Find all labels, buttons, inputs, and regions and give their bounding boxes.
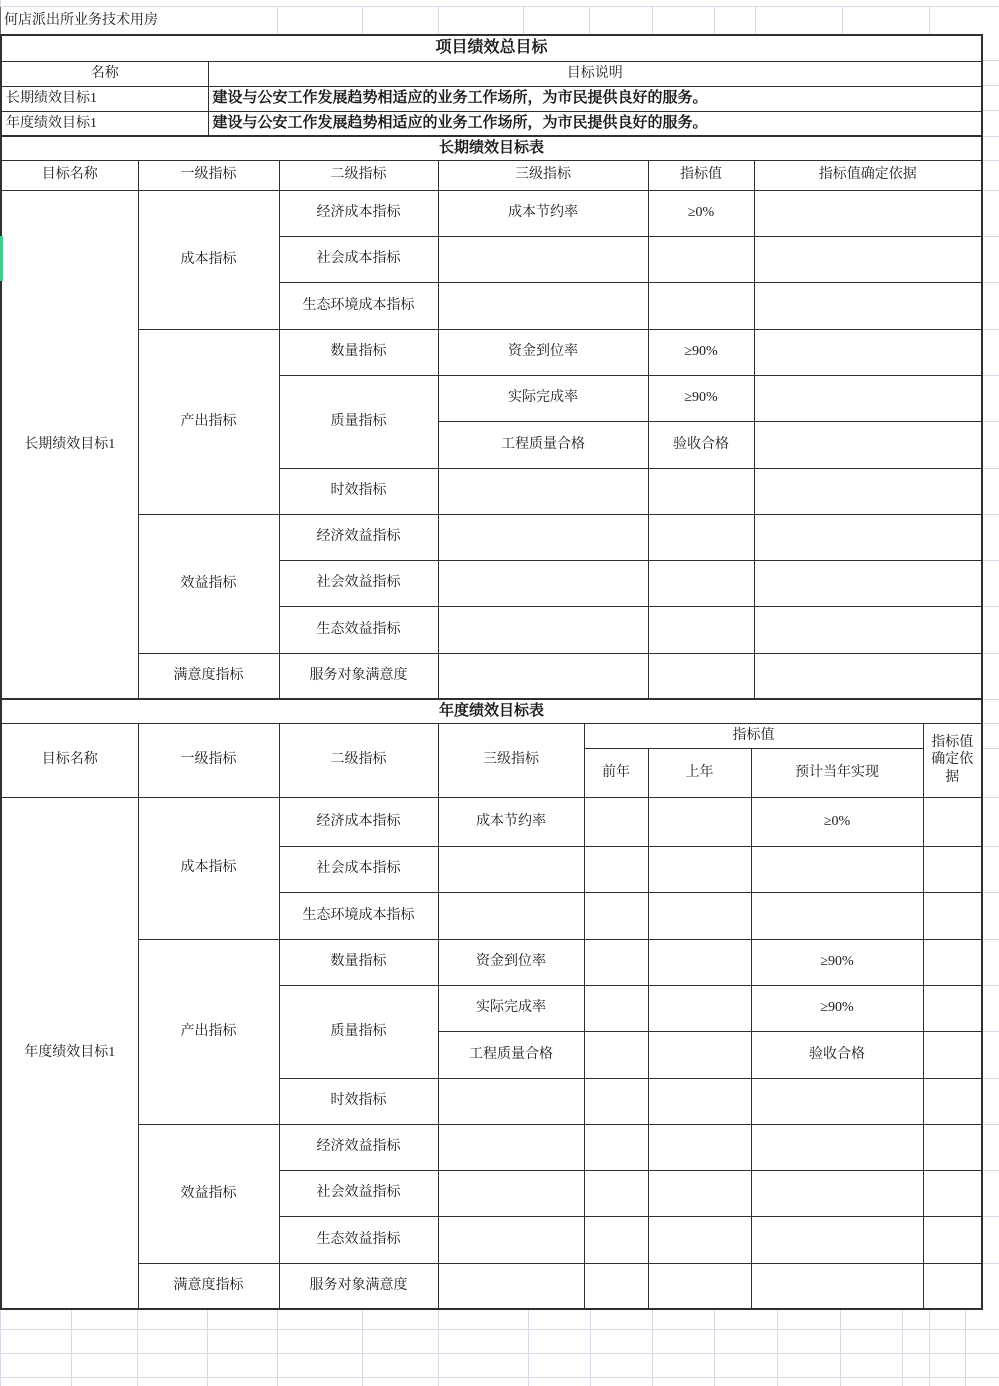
cell-header-expected[interactable]: 预计当年实现: [751, 748, 923, 797]
cell-expected-value[interactable]: 验收合格: [751, 1031, 923, 1078]
cell-l3-indicator[interactable]: [438, 892, 584, 939]
cell-l2-indicator[interactable]: 服务对象满意度: [279, 653, 438, 699]
cell-prev2-value[interactable]: [584, 846, 648, 892]
cell-longterm-goal-name[interactable]: 长期绩效目标1: [1, 86, 208, 111]
cell-prev2-value[interactable]: [584, 1078, 648, 1124]
cell-l3-indicator[interactable]: [438, 606, 648, 653]
project-name-cell[interactable]: 何店派出所业务技术用房: [0, 7, 208, 34]
cell-l3-indicator[interactable]: 成本节约率: [438, 190, 648, 236]
cell-value-basis[interactable]: [923, 1078, 982, 1124]
cell-prev2-value[interactable]: [584, 1170, 648, 1216]
cell-indicator-value[interactable]: ≥90%: [648, 375, 754, 421]
cell-value-basis[interactable]: [754, 282, 982, 329]
cell-l3-indicator[interactable]: [438, 560, 648, 606]
gridline: [981, 723, 999, 724]
gridline: [981, 236, 999, 237]
cell-l3-indicator[interactable]: 成本节约率: [438, 797, 584, 846]
cell-value-basis[interactable]: [754, 560, 982, 606]
cell-header-l3[interactable]: 三级指标: [438, 723, 584, 797]
cell-header-l2[interactable]: 二级指标: [279, 723, 438, 797]
cell-value-basis[interactable]: [923, 939, 982, 985]
cell-l2-indicator[interactable]: 时效指标: [279, 468, 438, 514]
cell-value-basis[interactable]: [923, 985, 982, 1031]
cell-expected-value[interactable]: [751, 1170, 923, 1216]
cell-l3-indicator[interactable]: [438, 1078, 584, 1124]
cell-l3-indicator[interactable]: [438, 468, 648, 514]
gridline: [981, 892, 999, 893]
cell-expected-value[interactable]: [751, 846, 923, 892]
gridline: [528, 1309, 529, 1386]
cell-l2-indicator[interactable]: 生态效益指标: [279, 606, 438, 653]
cell-l3-indicator[interactable]: 资金到位率: [438, 939, 584, 985]
gridline: [981, 985, 999, 986]
cell-value-basis[interactable]: [923, 846, 982, 892]
gridline: [965, 1309, 966, 1386]
gridline: [755, 6, 756, 34]
cell-header-value[interactable]: 指标值: [648, 160, 754, 190]
gridline: [929, 6, 930, 34]
cell-l1-indicator[interactable]: 效益指标: [138, 514, 279, 653]
cell-header-desc[interactable]: 目标说明: [208, 61, 982, 86]
cell-annual-section-title[interactable]: 年度绩效目标表: [1, 699, 982, 723]
cell-l3-indicator[interactable]: 工程质量合格: [438, 1031, 584, 1078]
cell-prev1-value[interactable]: [648, 797, 751, 846]
cell-prev2-value[interactable]: [584, 939, 648, 985]
cell-value-basis[interactable]: [923, 797, 982, 846]
cell-l3-indicator[interactable]: [438, 1263, 584, 1309]
cell-expected-value[interactable]: ≥90%: [751, 985, 923, 1031]
cell-l1-indicator[interactable]: 产出指标: [138, 329, 279, 514]
cell-l1-indicator[interactable]: 满意度指标: [138, 653, 279, 699]
cell-value-basis[interactable]: [754, 329, 982, 375]
cell-l1-indicator[interactable]: 成本指标: [138, 190, 279, 329]
gridline: [981, 1263, 999, 1264]
cell-prev1-value[interactable]: [648, 892, 751, 939]
gridline: [981, 1124, 999, 1125]
cell-l1-indicator[interactable]: 成本指标: [138, 797, 279, 939]
cell-l1-indicator[interactable]: 产出指标: [138, 939, 279, 1124]
cell-header-value-group[interactable]: 指标值: [584, 723, 923, 748]
cell-header-l1[interactable]: 一级指标: [138, 723, 279, 797]
gridline: [277, 1309, 278, 1386]
cell-header-goal[interactable]: 目标名称: [1, 160, 138, 190]
cell-expected-value[interactable]: [751, 1124, 923, 1170]
gridline: [840, 1309, 841, 1386]
cell-l3-indicator[interactable]: [438, 282, 648, 329]
gridline: [981, 160, 999, 161]
cell-prev2-value[interactable]: [584, 797, 648, 846]
gridline: [523, 6, 524, 34]
gridline: [981, 375, 999, 376]
cell-l3-indicator[interactable]: [438, 236, 648, 282]
cell-header-l3[interactable]: 三级指标: [438, 160, 648, 190]
cell-l3-indicator[interactable]: [438, 1124, 584, 1170]
cell-indicator-value[interactable]: [648, 468, 754, 514]
gridline: [981, 329, 999, 330]
cell-prev1-value[interactable]: [648, 846, 751, 892]
cell-l2-indicator[interactable]: 社会成本指标: [279, 846, 438, 892]
gridline: [981, 190, 999, 191]
gridline: [981, 282, 999, 283]
cell-l3-indicator[interactable]: 实际完成率: [438, 985, 584, 1031]
cell-annual-goal-desc[interactable]: 建设与公安工作发展趋势相适应的业务工作场所，为市民提供良好的服务。: [208, 111, 982, 137]
cell-prev2-value[interactable]: [584, 1031, 648, 1078]
gridline: [714, 6, 715, 34]
cell-header-prev2[interactable]: 前年: [584, 748, 648, 797]
cell-header-prev1[interactable]: 上年: [648, 748, 751, 797]
cell-value-basis[interactable]: [923, 1263, 982, 1309]
cell-indicator-value[interactable]: 验收合格: [648, 421, 754, 468]
cell-indicator-value[interactable]: [648, 282, 754, 329]
cell-value-basis[interactable]: [754, 514, 982, 560]
cell-l1-indicator[interactable]: 满意度指标: [138, 1263, 279, 1309]
gridline: [362, 1309, 363, 1386]
cell-value-basis[interactable]: [923, 1170, 982, 1216]
summary-table: 项目绩效总目标 名称 目标说明 长期绩效目标1 建设与公安工作发展趋势相适应的业…: [0, 34, 983, 138]
cell-prev2-value[interactable]: [584, 1216, 648, 1263]
gridline: [137, 1309, 138, 1386]
cell-summary-title[interactable]: 项目绩效总目标: [1, 35, 982, 61]
cell-prev1-value[interactable]: [648, 1170, 751, 1216]
cell-l2-indicator[interactable]: 数量指标: [279, 939, 438, 985]
gridline: [981, 85, 999, 86]
collaborator-presence-marker: [0, 236, 3, 281]
gridline: [652, 6, 653, 34]
cell-value-basis[interactable]: [754, 468, 982, 514]
gridline: [981, 1078, 999, 1079]
gridline: [590, 1309, 591, 1386]
cell-l3-indicator[interactable]: [438, 846, 584, 892]
cell-l2-indicator[interactable]: 经济成本指标: [279, 797, 438, 846]
cell-header-basis[interactable]: 指标值确定依据: [923, 723, 982, 797]
cell-header-l1[interactable]: 一级指标: [138, 160, 279, 190]
cell-expected-value[interactable]: ≥0%: [751, 797, 923, 846]
cell-value-basis[interactable]: [754, 421, 982, 468]
longterm-table: 长期绩效目标表 目标名称 一级指标 二级指标 三级指标 指标值 指标值确定依据 …: [0, 135, 983, 700]
cell-value-basis[interactable]: [754, 190, 982, 236]
cell-l3-indicator[interactable]: 实际完成率: [438, 375, 648, 421]
cell-l3-indicator[interactable]: [438, 514, 648, 560]
cell-expected-value[interactable]: [751, 892, 923, 939]
cell-l2-indicator[interactable]: 生态环境成本指标: [279, 282, 438, 329]
gridline: [981, 1031, 999, 1032]
cell-value-basis[interactable]: [923, 1216, 982, 1263]
gridline: [981, 606, 999, 607]
gridline: [71, 1309, 72, 1386]
gridline: [652, 1309, 653, 1386]
cell-header-l2[interactable]: 二级指标: [279, 160, 438, 190]
cell-goal-name[interactable]: 长期绩效目标1: [1, 190, 138, 699]
cell-l2-indicator[interactable]: 生态环境成本指标: [279, 892, 438, 939]
annual-table: 年度绩效目标表 目标名称 一级指标 二级指标 三级指标 指标值 指标值确定依据 …: [0, 698, 983, 1310]
cell-expected-value[interactable]: [751, 1078, 923, 1124]
cell-indicator-value[interactable]: [648, 653, 754, 699]
cell-value-basis[interactable]: [754, 653, 982, 699]
cell-prev1-value[interactable]: [648, 1216, 751, 1263]
cell-prev1-value[interactable]: [648, 1124, 751, 1170]
cell-prev2-value[interactable]: [584, 985, 648, 1031]
gridline: [981, 846, 999, 847]
cell-value-basis[interactable]: [754, 375, 982, 421]
gridline: [981, 136, 999, 137]
cell-l3-indicator[interactable]: [438, 1216, 584, 1263]
gridline: [981, 1216, 999, 1217]
cell-prev1-value[interactable]: [648, 1263, 751, 1309]
cell-prev1-value[interactable]: [648, 1031, 751, 1078]
cell-l2-indicator[interactable]: 生态效益指标: [279, 1216, 438, 1263]
gridline: [0, 1377, 999, 1378]
cell-value-basis[interactable]: [923, 1031, 982, 1078]
cell-l3-indicator[interactable]: [438, 1170, 584, 1216]
cell-prev1-value[interactable]: [648, 1078, 751, 1124]
cell-l3-indicator[interactable]: 工程质量合格: [438, 421, 648, 468]
cell-value-basis[interactable]: [754, 606, 982, 653]
gridline: [981, 653, 999, 654]
gridline: [362, 6, 363, 34]
cell-goal-name[interactable]: 年度绩效目标1: [1, 797, 138, 1309]
gridline: [981, 748, 999, 749]
cell-l2-indicator[interactable]: 社会效益指标: [279, 1170, 438, 1216]
cell-indicator-value[interactable]: [648, 560, 754, 606]
cell-longterm-section-title[interactable]: 长期绩效目标表: [1, 136, 982, 160]
cell-expected-value[interactable]: ≥90%: [751, 939, 923, 985]
cell-prev1-value[interactable]: [648, 985, 751, 1031]
gridline: [981, 939, 999, 940]
gridline: [207, 1309, 208, 1386]
cell-annual-goal-name[interactable]: 年度绩效目标1: [1, 111, 208, 137]
gridline: [842, 6, 843, 34]
cell-l2-indicator[interactable]: 服务对象满意度: [279, 1263, 438, 1309]
cell-l2-indicator[interactable]: 社会效益指标: [279, 560, 438, 606]
gridline: [981, 514, 999, 515]
cell-prev2-value[interactable]: [584, 892, 648, 939]
cell-l3-indicator[interactable]: [438, 653, 648, 699]
gridline: [929, 1309, 930, 1386]
cell-header-goal[interactable]: 目标名称: [1, 723, 138, 797]
cell-value-basis[interactable]: [923, 1124, 982, 1170]
cell-value-basis[interactable]: [923, 892, 982, 939]
spreadsheet: 何店派出所业务技术用房 项目绩效总目标 名称 目标说明 长期绩效目标1 建设与公…: [0, 0, 999, 1386]
gridline: [438, 1309, 439, 1386]
gridline: [438, 6, 439, 34]
gridline: [777, 1309, 778, 1386]
cell-prev2-value[interactable]: [584, 1124, 648, 1170]
gridline: [981, 560, 999, 561]
cell-l2-indicator[interactable]: 数量指标: [279, 329, 438, 375]
cell-l3-indicator[interactable]: 资金到位率: [438, 329, 648, 375]
gridline: [981, 421, 999, 422]
gridline: [981, 699, 999, 700]
cell-expected-value[interactable]: [751, 1216, 923, 1263]
cell-l2-indicator[interactable]: 经济效益指标: [279, 1124, 438, 1170]
cell-l2-indicator[interactable]: 社会成本指标: [279, 236, 438, 282]
gridline: [589, 6, 590, 34]
gridline: [981, 110, 999, 111]
cell-value-basis[interactable]: [754, 236, 982, 282]
cell-l2-indicator[interactable]: 经济成本指标: [279, 190, 438, 236]
cell-l2-indicator[interactable]: 经济效益指标: [279, 514, 438, 560]
gridline: [0, 1329, 999, 1330]
gridline: [981, 797, 999, 798]
cell-longterm-goal-desc[interactable]: 建设与公安工作发展趋势相适应的业务工作场所，为市民提供良好的服务。: [208, 86, 982, 111]
cell-indicator-value[interactable]: [648, 514, 754, 560]
gridline: [981, 468, 999, 469]
cell-l2-indicator[interactable]: 质量指标: [279, 985, 438, 1078]
cell-indicator-value[interactable]: [648, 606, 754, 653]
gridline: [902, 1309, 903, 1386]
gridline: [981, 1170, 999, 1171]
cell-l2-indicator[interactable]: 质量指标: [279, 375, 438, 468]
cell-prev1-value[interactable]: [648, 939, 751, 985]
cell-prev2-value[interactable]: [584, 1263, 648, 1309]
cell-header-name[interactable]: 名称: [1, 61, 208, 86]
cell-expected-value[interactable]: [751, 1263, 923, 1309]
gridline: [981, 60, 999, 61]
cell-indicator-value[interactable]: ≥0%: [648, 190, 754, 236]
gridline: [714, 1309, 715, 1386]
cell-header-basis[interactable]: 指标值确定依据: [754, 160, 982, 190]
cell-l1-indicator[interactable]: 效益指标: [138, 1124, 279, 1263]
cell-l2-indicator[interactable]: 时效指标: [279, 1078, 438, 1124]
cell-indicator-value[interactable]: ≥90%: [648, 329, 754, 375]
gridline: [277, 6, 278, 34]
cell-indicator-value[interactable]: [648, 236, 754, 282]
gridline: [0, 1353, 999, 1354]
